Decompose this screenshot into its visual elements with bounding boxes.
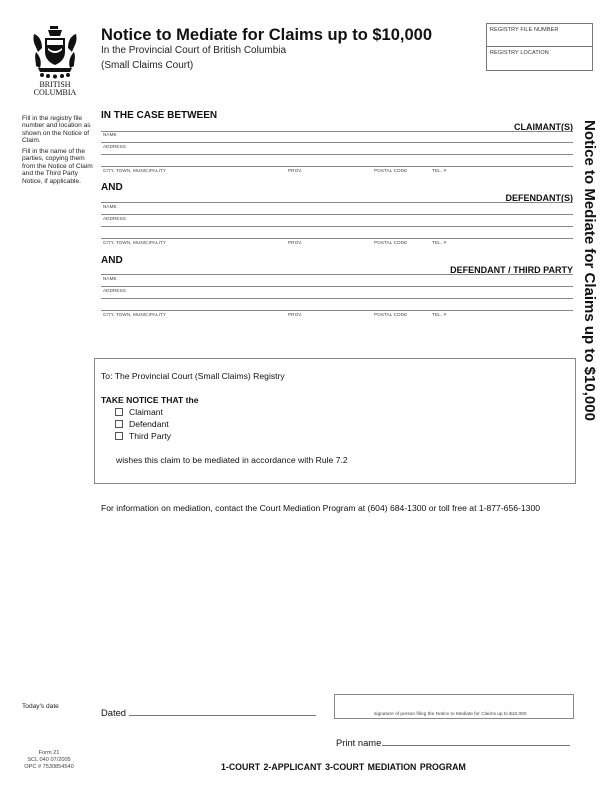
option-claimant[interactable]: Claimant bbox=[115, 407, 163, 417]
todays-date-note: Today's date bbox=[22, 703, 59, 710]
postal-code-label: POSTAL CODE bbox=[374, 168, 407, 173]
vertical-form-title: Notice to Mediate for Claims up to $10,0… bbox=[578, 120, 598, 450]
city-label: CITY, TOWN, MUNICIPALITY bbox=[103, 312, 166, 317]
third-party-address-field[interactable] bbox=[101, 286, 573, 287]
claimant-name-field[interactable] bbox=[101, 131, 573, 132]
name-label: NAME bbox=[103, 276, 117, 281]
name-label: NAME bbox=[103, 132, 117, 137]
third-party-option-label: Third Party bbox=[129, 431, 171, 441]
prov-label: PROV. bbox=[288, 312, 302, 317]
registry-location-label: REGISTRY LOCATION bbox=[490, 50, 549, 56]
svg-text:COLUMBIA: COLUMBIA bbox=[34, 88, 77, 96]
prov-label: PROV. bbox=[288, 168, 302, 173]
bc-crest-logo: BRITISH COLUMBIA bbox=[28, 24, 82, 96]
form-title: Notice to Mediate for Claims up to $10,0… bbox=[101, 26, 432, 45]
court-name: In the Provincial Court of British Colum… bbox=[101, 45, 286, 56]
form-number: Form 21 bbox=[22, 750, 76, 757]
third-party-address-line2-field[interactable] bbox=[101, 298, 573, 299]
tel-label: TEL. # bbox=[432, 168, 446, 173]
tel-label: TEL. # bbox=[432, 312, 446, 317]
mediation-contact-info: For information on mediation, contact th… bbox=[101, 503, 540, 513]
defendant-option-label: Defendant bbox=[129, 419, 169, 429]
registry-location-field[interactable]: REGISTRY LOCATION bbox=[487, 47, 592, 70]
tel-label: TEL. # bbox=[432, 240, 446, 245]
court-division: (Small Claims Court) bbox=[101, 60, 193, 71]
address-label: ADDRESS bbox=[103, 216, 126, 221]
address-label: ADDRESS bbox=[103, 144, 126, 149]
side-note-registry: Fill in the registry file number and loc… bbox=[22, 115, 98, 145]
address-label: ADDRESS bbox=[103, 288, 126, 293]
name-label: NAME bbox=[103, 204, 117, 209]
form-identifier: Form 21 SCL 040 07/2005 OPC # 7530854540 bbox=[22, 750, 76, 770]
postal-code-label: POSTAL CODE bbox=[374, 240, 407, 245]
third-party-checkbox[interactable] bbox=[115, 432, 123, 440]
print-name-label: Print name bbox=[336, 737, 381, 748]
coat-of-arms-icon: BRITISH COLUMBIA bbox=[28, 24, 82, 96]
mediation-statement: wishes this claim to be mediated in acco… bbox=[116, 455, 348, 465]
claimant-address-line2-field[interactable] bbox=[101, 154, 573, 155]
defendant-checkbox[interactable] bbox=[115, 420, 123, 428]
registry-file-number-label: REGISTRY FILE NUMBER bbox=[490, 27, 558, 33]
and-connector: AND bbox=[101, 182, 123, 193]
registry-file-number-field[interactable]: REGISTRY FILE NUMBER bbox=[487, 24, 592, 47]
registry-box: REGISTRY FILE NUMBER REGISTRY LOCATION bbox=[486, 23, 593, 71]
postal-code-label: POSTAL CODE bbox=[374, 312, 407, 317]
prov-label: PROV. bbox=[288, 240, 302, 245]
city-label: CITY, TOWN, MUNICIPALITY bbox=[103, 240, 166, 245]
and-connector: AND bbox=[101, 255, 123, 266]
claimant-checkbox[interactable] bbox=[115, 408, 123, 416]
defendant-address-line2-field[interactable] bbox=[101, 226, 573, 227]
defendant-name-field[interactable] bbox=[101, 202, 573, 203]
case-between-heading: IN THE CASE BETWEEN bbox=[101, 110, 217, 121]
defendant-city-field[interactable] bbox=[101, 238, 573, 239]
claimant-option-label: Claimant bbox=[129, 407, 163, 417]
form-code: SCL 040 07/2005 bbox=[22, 757, 76, 764]
city-label: CITY, TOWN, MUNICIPALITY bbox=[103, 168, 166, 173]
signature-caption: signature of person filing the Notice to… bbox=[374, 712, 527, 717]
to-registry-line: To: The Provincial Court (Small Claims) … bbox=[101, 371, 285, 381]
dated-label: Dated bbox=[101, 707, 126, 718]
print-name-field[interactable] bbox=[382, 745, 570, 746]
third-party-city-field[interactable] bbox=[101, 310, 573, 311]
option-third-party[interactable]: Third Party bbox=[115, 431, 171, 441]
defendant-address-field[interactable] bbox=[101, 214, 573, 215]
copy-distribution: 1-COURT 2-APPLICANT 3-COURT MEDIATION PR… bbox=[221, 762, 466, 772]
third-party-name-field[interactable] bbox=[101, 274, 573, 275]
dated-field[interactable] bbox=[129, 715, 316, 716]
take-notice-heading: TAKE NOTICE THAT the bbox=[101, 395, 199, 405]
side-note-parties: Fill in the name of the parties, copying… bbox=[22, 148, 98, 185]
option-defendant[interactable]: Defendant bbox=[115, 419, 169, 429]
opc-number: OPC # 7530854540 bbox=[22, 764, 76, 771]
claimant-address-field[interactable] bbox=[101, 142, 573, 143]
claimant-city-field[interactable] bbox=[101, 166, 573, 167]
